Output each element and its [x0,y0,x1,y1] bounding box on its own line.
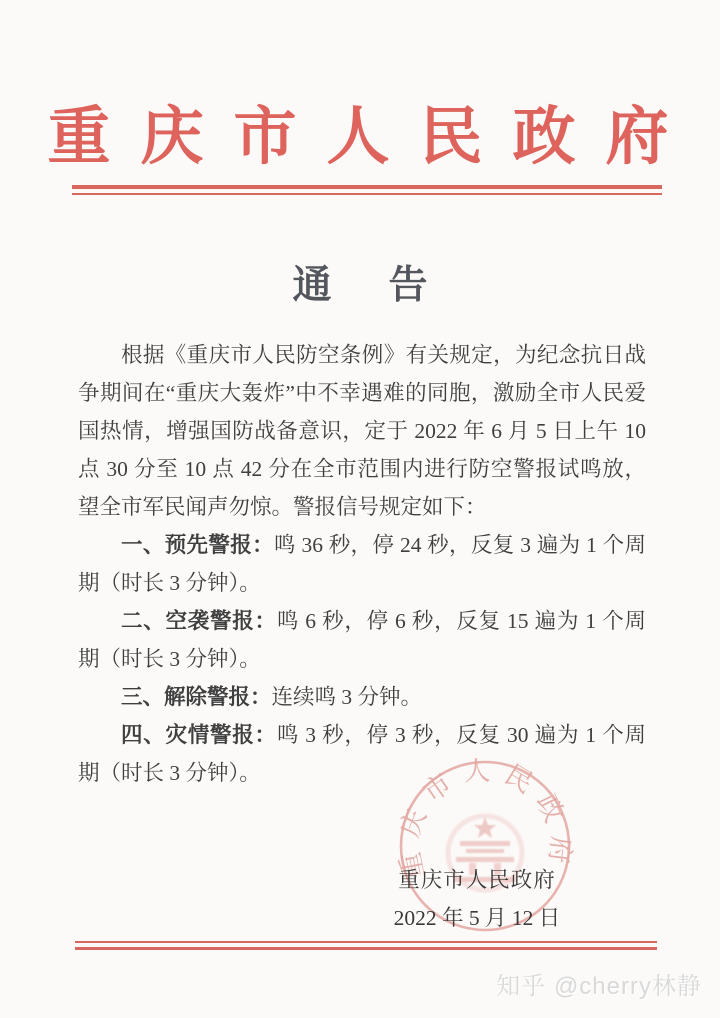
alarm-item-3: 三、解除警报：连续鸣 3 分钟。 [78,678,646,716]
signature-org: 重庆市人民政府 [372,863,582,894]
watermark-zhihu: 知乎 @cherry林静 [496,966,702,1001]
alarm-item-label: 三、解除警报： [121,685,272,709]
header-rule [72,185,662,195]
org-header-title: 重庆市人民政府 [0,86,720,177]
alarm-item-1: 一、预先警报：鸣 36 秒，停 24 秒，反复 3 遍为 1 个周期（时长 3 … [78,526,646,602]
alarm-item-2: 二、空袭警报：鸣 6 秒，停 6 秒，反复 15 遍为 1 个周期（时长 3 分… [78,602,646,678]
signature-date: 2022 年 5 月 12 日 [372,901,582,932]
alarm-item-text: 连续鸣 3 分钟。 [272,685,423,709]
notice-body: 根据《重庆市人民防空条例》有关规定，为纪念抗日战争期间在“重庆大轰炸”中不幸遇难… [78,336,646,792]
notice-page: 重庆市人民政府 通 告 根据《重庆市人民防空条例》有关规定，为纪念抗日战争期间在… [0,0,720,1018]
alarm-item-label: 二、空袭警报： [121,609,277,633]
intro-paragraph: 根据《重庆市人民防空条例》有关规定，为纪念抗日战争期间在“重庆大轰炸”中不幸遇难… [78,336,646,526]
footer-rule [75,941,657,950]
alarm-item-label: 四、灾情警报： [121,723,277,747]
alarm-item-label: 一、预先警报： [121,533,274,557]
doc-title: 通 告 [0,254,720,310]
